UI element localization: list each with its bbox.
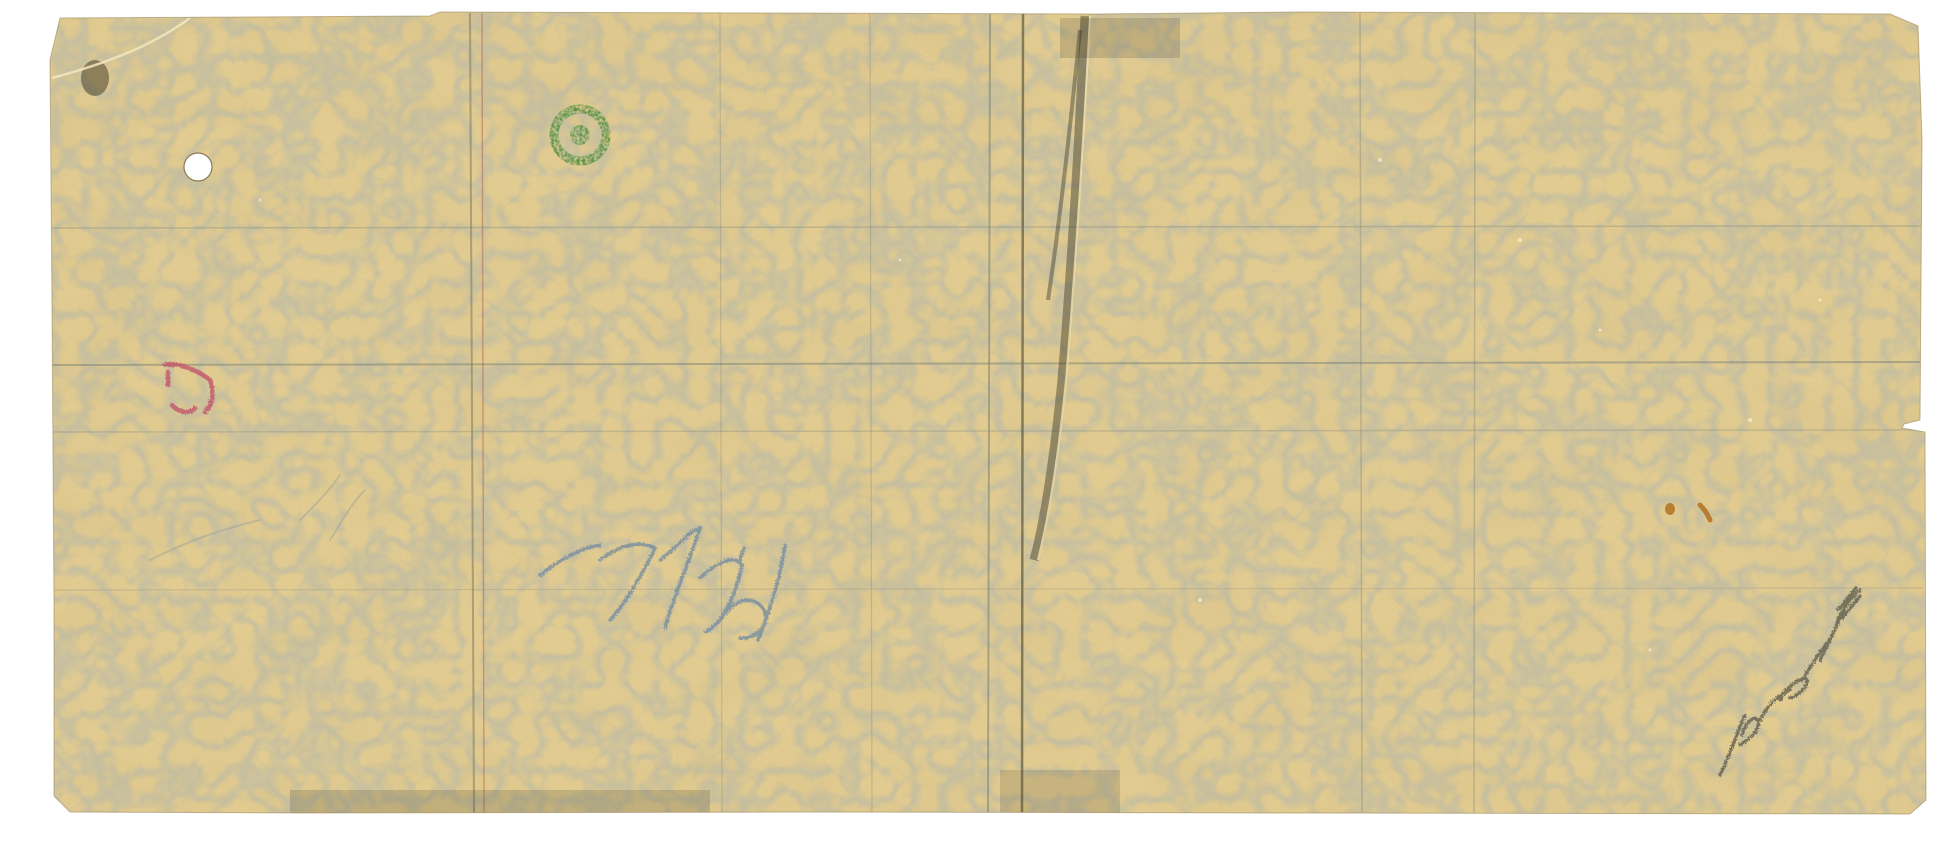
document-scan bbox=[0, 0, 1946, 849]
paper-svg bbox=[0, 0, 1946, 849]
punch-hole bbox=[184, 153, 212, 181]
paper bbox=[0, 0, 1946, 849]
